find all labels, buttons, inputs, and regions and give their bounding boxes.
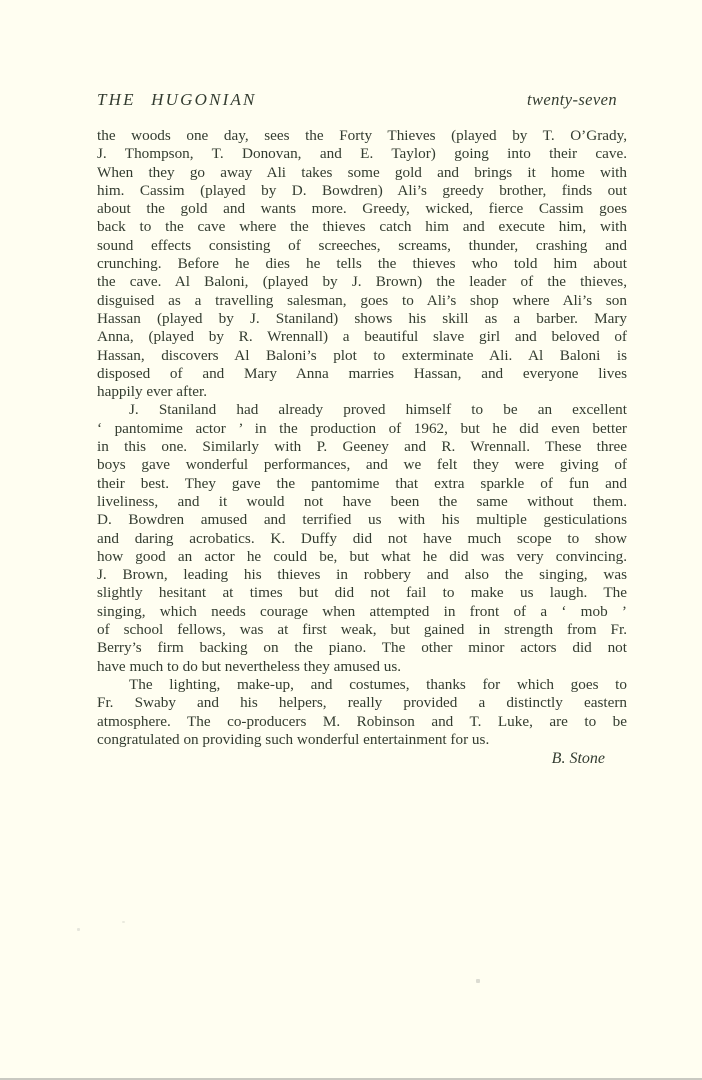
author-signature: B. Stone [97, 750, 627, 768]
magazine-page: THE HUGONIAN twenty-seven the woods one … [0, 0, 702, 1080]
text-line: crunching. Before he dies he tells the t… [97, 255, 627, 273]
text-line: The lighting, make-up, and costumes, tha… [97, 676, 627, 694]
page-number: twenty-seven [527, 90, 627, 110]
scan-speck [122, 921, 125, 923]
text-line: Berry’s firm backing on the piano. The o… [97, 639, 627, 657]
text-line: how good an actor he could be, but what … [97, 548, 627, 566]
text-line: Anna, (played by R. Wrennall) a beautifu… [97, 328, 627, 346]
scan-speck [476, 979, 480, 983]
text-line: have much to do but nevertheless they am… [97, 658, 627, 676]
text-line: back to the cave where the thieves catch… [97, 218, 627, 236]
text-line: Hassan (played by J. Staniland) shows hi… [97, 310, 627, 328]
text-line: J. Brown, leading his thieves in robbery… [97, 566, 627, 584]
text-line: disguised as a travelling salesman, goes… [97, 292, 627, 310]
text-line: their best. They gave the pantomime that… [97, 475, 627, 493]
article-body: the woods one day, sees the Forty Thieve… [97, 127, 627, 749]
text-line: J. Staniland had already proved himself … [97, 401, 627, 419]
paragraph-indent [97, 413, 129, 414]
text-line: J. Thompson, T. Donovan, and E. Taylor) … [97, 145, 627, 163]
text-line: the cave. Al Baloni, (played by J. Brown… [97, 273, 627, 291]
text-line: him. Cassim (played by D. Bowdren) Ali’s… [97, 182, 627, 200]
magazine-title: THE HUGONIAN [97, 90, 257, 110]
text-line: disposed of and Mary Anna marries Hassan… [97, 365, 627, 383]
text-line: boys gave wonderful performances, and we… [97, 456, 627, 474]
text-line: and daring acrobatics. K. Duffy did not … [97, 530, 627, 548]
text-line: When they go away Ali takes some gold an… [97, 164, 627, 182]
page-header: THE HUGONIAN twenty-seven [97, 90, 627, 110]
text-line: about the gold and wants more. Greedy, w… [97, 200, 627, 218]
text-line: ‘ pantomime actor ’ in the production of… [97, 420, 627, 438]
text-line: Fr. Swaby and his helpers, really provid… [97, 694, 627, 712]
text-line: the woods one day, sees the Forty Thieve… [97, 127, 627, 145]
text-line: of school fellows, was at first weak, bu… [97, 621, 627, 639]
text-line: atmosphere. The co-producers M. Robinson… [97, 713, 627, 731]
text-line: sound effects consisting of screeches, s… [97, 237, 627, 255]
text-line: congratulated on providing such wonderfu… [97, 731, 627, 749]
text-line: D. Bowdren amused and terrified us with … [97, 511, 627, 529]
paragraph-indent [97, 688, 129, 689]
text-line: slightly hesitant at times but did not f… [97, 584, 627, 602]
text-line: Hassan, discovers Al Baloni’s plot to ex… [97, 347, 627, 365]
text-line: singing, which needs courage when attemp… [97, 603, 627, 621]
scan-speck [77, 928, 80, 931]
text-line: in this one. Similarly with P. Geeney an… [97, 438, 627, 456]
text-line: happily ever after. [97, 383, 627, 401]
text-line: liveliness, and it would not have been t… [97, 493, 627, 511]
